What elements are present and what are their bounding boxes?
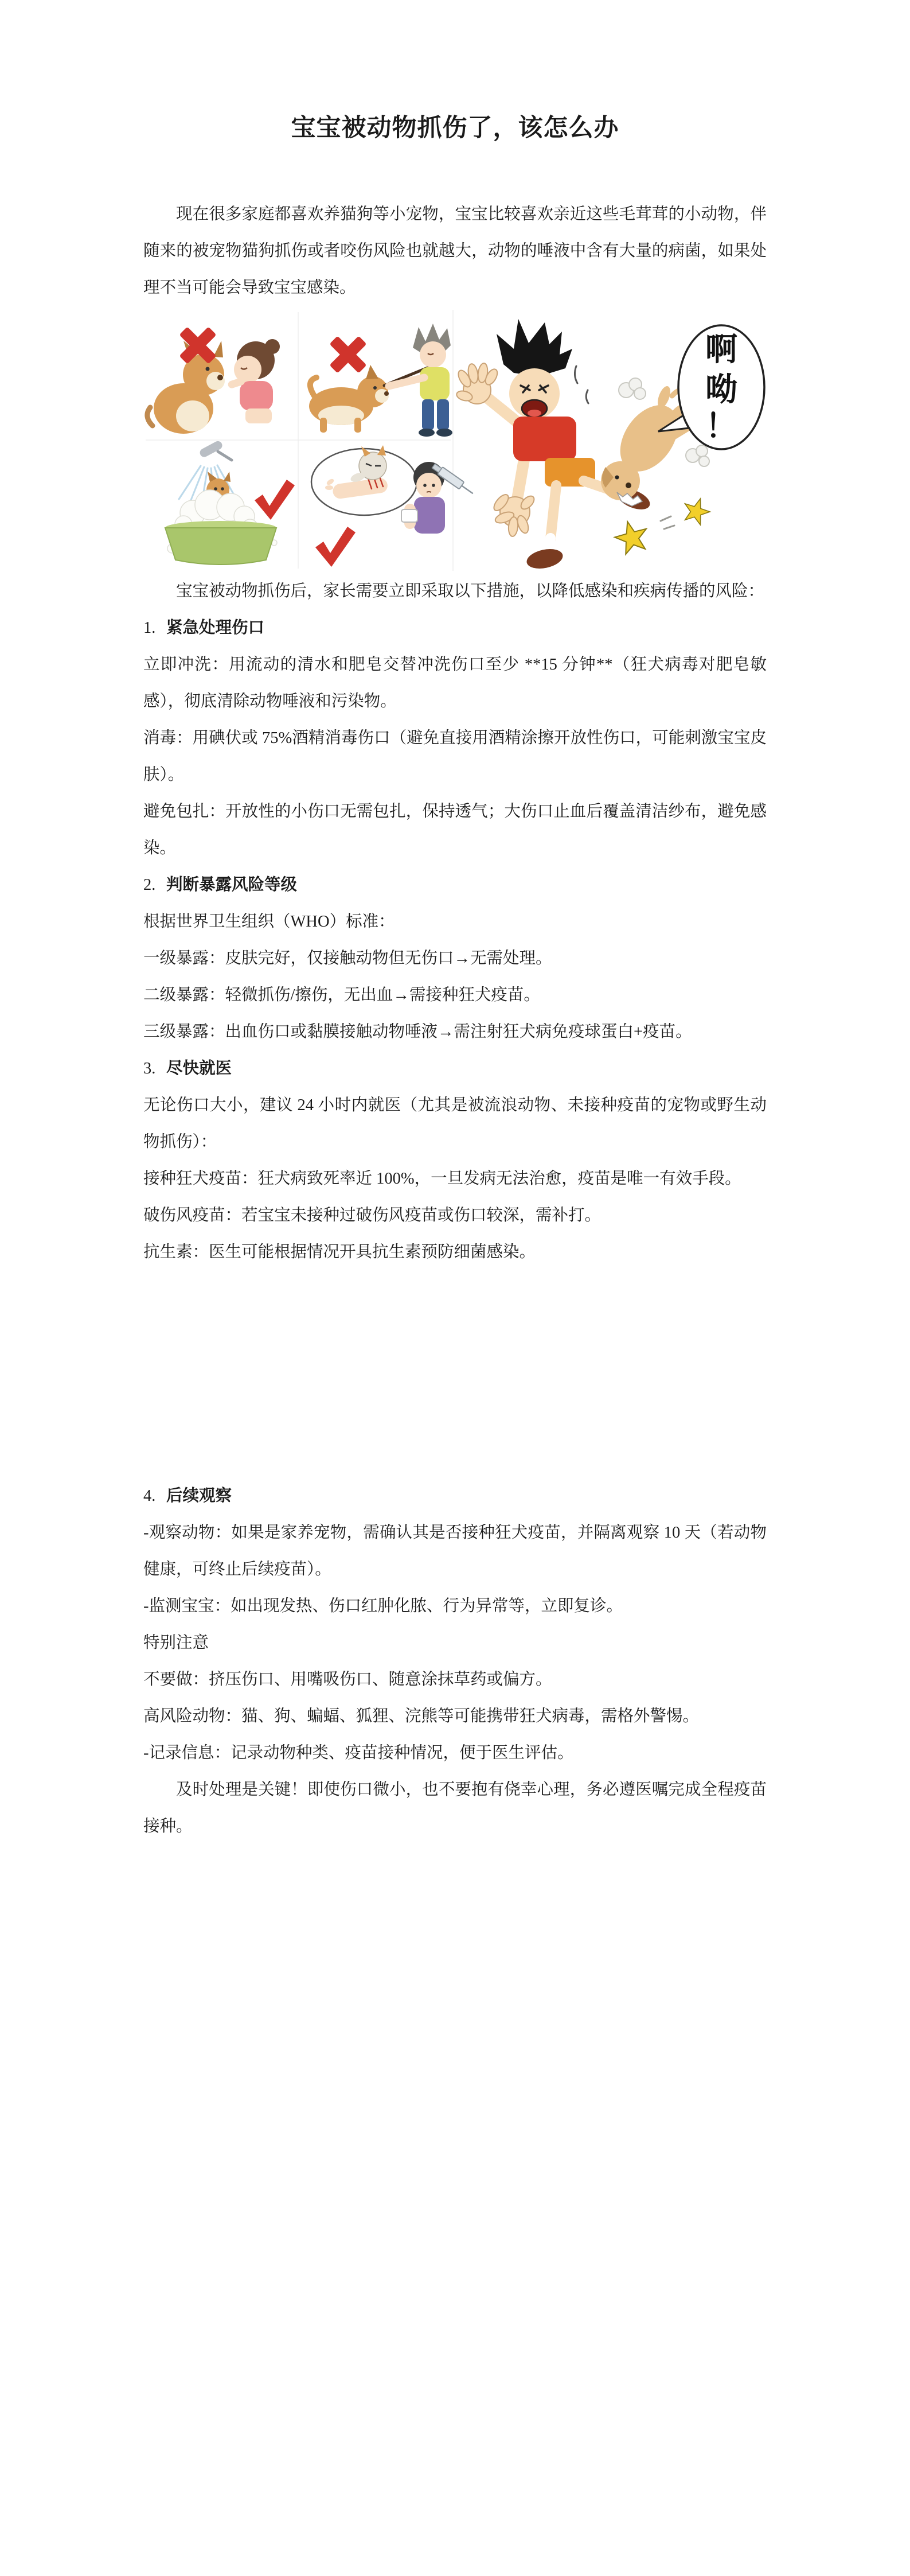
panel-tease-dog-forbidden [309, 324, 452, 437]
paragraph-no-bandage: 避免包扎：开放性的小伤口无需包扎，保持透气；大伤口止血后覆盖清洁纱布，避免感染。 [143, 793, 767, 867]
paragraph-record-info: -记录信息：记录动物种类、疫苗接种情况，便于医生评估。 [143, 1735, 767, 1772]
lead-paragraph: 宝宝被动物抓伤后，家长需要立即采取以下措施，以降低感染和疾病传播的风险： [143, 573, 767, 610]
pet-safety-comic: 啊 呦 ！ [143, 310, 767, 571]
section-number: 2. [143, 867, 157, 904]
section-number: 1. [143, 610, 157, 647]
section-title: 紧急处理伤口 [166, 619, 264, 637]
page-break-gap [143, 1271, 767, 1478]
paragraph-tetanus-vaccine: 破伤风疫苗：若宝宝未接种过破伤风疫苗或伤口较深，需补打。 [143, 1197, 767, 1234]
document-title: 宝宝被动物抓伤了，该怎么办 [143, 0, 767, 145]
paragraph-exposure-level-2: 二级暴露：轻微抓伤/擦伤，无出血→需接种狂犬疫苗。 [143, 977, 767, 1014]
paragraph-who-standard: 根据世界卫生组织（WHO）标准： [143, 904, 767, 940]
check-mark-icon [315, 527, 356, 567]
boy-bitten-cartoon: 啊 呦 ！ [455, 319, 764, 571]
paragraph-observe-animal: -观察动物：如果是家养宠物，需确认其是否接种狂犬疫苗，并隔离观察 10 天（若动… [143, 1515, 767, 1588]
bubble-text: 啊 [705, 332, 737, 368]
section-exposure-risk-level: 2.判断暴露风险等级 根据世界卫生组织（WHO）标准： 一级暴露：皮肤完好，仅接… [143, 867, 767, 1050]
section-heading: 4.后续观察 [143, 1478, 767, 1515]
section-title: 尽快就医 [166, 1060, 232, 1077]
boy-figure [455, 319, 624, 571]
paragraph-high-risk-animals: 高风险动物：猫、狗、蝙蝠、狐狸、浣熊等可能携带狂犬病毒，需格外警惕。 [143, 1698, 767, 1735]
section-follow-up-observation: 4.后续观察 -观察动物：如果是家养宠物，需确认其是否接种狂犬疫苗，并隔离观察 … [143, 1478, 767, 1772]
section-heading: 1.紧急处理伤口 [143, 610, 767, 647]
panel-bathe-dog-correct [165, 439, 295, 565]
star-icon [680, 495, 713, 526]
x-mark-icon [329, 336, 366, 373]
bubble-text: ！ [705, 409, 737, 445]
closing-paragraph: 及时处理是关键！即使伤口微小，也不要抱有侥幸心理，务必遵医嘱完成全程疫苗接种。 [143, 1772, 767, 1845]
intro-paragraph: 现在很多家庭都喜欢养猫狗等小宠物，宝宝比较喜欢亲近这些毛茸茸的小动物，伴随来的被… [143, 196, 767, 306]
document-page: 宝宝被动物抓伤了，该怎么办 现在很多家庭都喜欢养猫狗等小宠物，宝宝比较喜欢亲近这… [143, 0, 767, 1845]
paragraph-special-note-label: 特别注意 [143, 1625, 767, 1661]
section-title: 判断暴露风险等级 [166, 876, 297, 894]
paragraph-disinfect: 消毒：用碘伏或 75%酒精消毒伤口（避免直接用酒精涂擦开放性伤口，可能刺激宝宝皮… [143, 720, 767, 793]
section-number: 4. [143, 1478, 157, 1515]
paragraph-exposure-level-1: 一级暴露：皮肤完好，仅接触动物但无伤口→无需处理。 [143, 940, 767, 977]
section-seek-medical-care: 3.尽快就医 无论伤口大小，建议 24 小时内就医（尤其是被流浪动物、未接种疫苗… [143, 1050, 767, 1271]
pet-safety-comic-svg: 啊 呦 ！ [143, 310, 767, 571]
section-number: 3. [143, 1050, 157, 1087]
paragraph-rabies-vaccine: 接种狂犬疫苗：狂犬病致死率近 100%，一旦发病无法治愈，疫苗是唯一有效手段。 [143, 1161, 767, 1197]
paragraph-24h-visit: 无论伤口大小，建议 24 小时内就医（尤其是被流浪动物、未接种疫苗的宠物或野生动… [143, 1087, 767, 1161]
panel-kiss-dog-forbidden [147, 326, 280, 434]
bubble-text: 呦 [705, 372, 737, 408]
paragraph-rinse: 立即冲洗：用流动的清水和肥皂交替冲洗伤口至少 **15 分钟**（狂犬病毒对肥皂… [143, 647, 767, 720]
paragraph-antibiotics: 抗生素：医生可能根据情况开具抗生素预防细菌感染。 [143, 1234, 767, 1271]
paragraph-exposure-level-3: 三级暴露：出血伤口或黏膜接触动物唾液→需注射狂犬病免疫球蛋白+疫苗。 [143, 1014, 767, 1050]
paragraph-do-not-do: 不要做：挤压伤口、用嘴吸伤口、随意涂抹草药或偏方。 [143, 1661, 767, 1698]
star-icon [612, 517, 651, 556]
paragraph-monitor-baby: -监测宝宝：如出现发热、伤口红肿化脓、行为异常等，立即复诊。 [143, 1588, 767, 1625]
section-emergency-wound-care: 1.紧急处理伤口 立即冲洗：用流动的清水和肥皂交替冲洗伤口至少 **15 分钟*… [143, 610, 767, 867]
panel-vaccinate-correct [311, 445, 475, 567]
check-mark-icon [255, 480, 295, 520]
section-title: 后续观察 [166, 1487, 232, 1505]
section-heading: 3.尽快就医 [143, 1050, 767, 1087]
section-heading: 2.判断暴露风险等级 [143, 867, 767, 904]
